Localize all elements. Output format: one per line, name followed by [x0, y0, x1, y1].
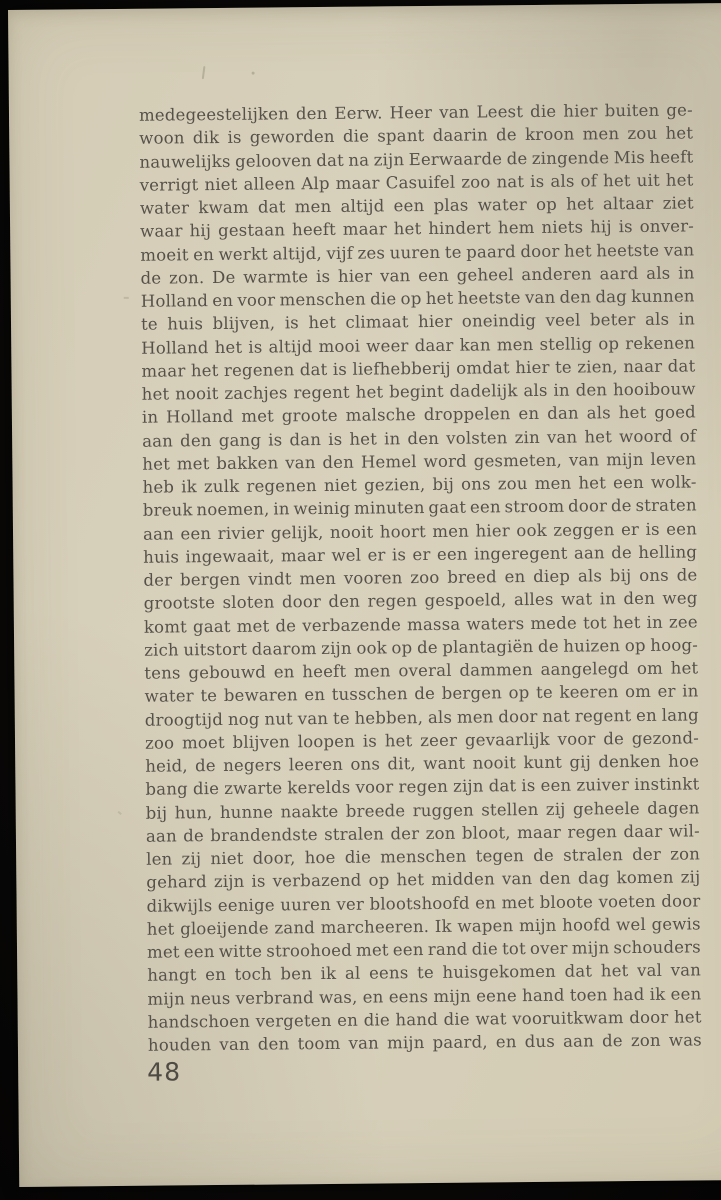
word: met [147, 940, 180, 964]
scan-background: medegeestelijkendenEerw.HeervanLeestdieh… [0, 0, 721, 1200]
word: met [501, 890, 534, 914]
book-page: medegeestelijkendenEerw.HeervanLeestdieh… [8, 3, 721, 1187]
word: komt [144, 615, 187, 639]
word: en [212, 289, 233, 312]
word: kerelds [287, 776, 350, 800]
word: zes [358, 241, 386, 265]
word: mijn [606, 448, 644, 472]
word: hoort [380, 520, 426, 544]
word: een [540, 774, 571, 798]
word: in [384, 427, 401, 450]
word: hooibouw [613, 377, 696, 401]
word: alles [514, 588, 554, 612]
word: hand [522, 983, 565, 1007]
word: er [412, 543, 430, 566]
word: stroom [504, 495, 564, 519]
word: het [666, 168, 694, 192]
word: der [632, 843, 661, 867]
word: ik [181, 475, 197, 498]
word: op [508, 681, 529, 704]
word: anderen [521, 262, 592, 286]
word: aard [599, 262, 638, 286]
word: leven [650, 447, 696, 471]
word: wat [475, 1007, 506, 1031]
word: het [308, 311, 336, 335]
word: bloote [540, 890, 594, 914]
word: is [619, 215, 633, 238]
word: en [205, 963, 226, 986]
word: en [496, 1030, 517, 1053]
word: sloten [222, 591, 274, 615]
word: rekenen [625, 331, 695, 355]
word: een [666, 517, 697, 541]
word: die [472, 937, 498, 961]
word: als [645, 308, 669, 331]
word: gloeijende [180, 916, 269, 940]
word: hij [189, 219, 211, 242]
word: stroohoed [266, 939, 352, 963]
word: den [322, 450, 354, 474]
word: tusschen [332, 682, 408, 706]
word: gestaan [218, 219, 285, 243]
word: voor [558, 727, 596, 751]
word: heeft [302, 660, 346, 684]
word: dadelijk [450, 379, 518, 403]
word: komen [617, 866, 674, 890]
word: bloot, [462, 821, 511, 845]
word: men [432, 519, 469, 543]
word: Eerw. [334, 101, 382, 125]
word: gij [569, 750, 591, 773]
scan-artifact [252, 72, 255, 75]
word: zon [670, 842, 700, 866]
word: ik [320, 962, 336, 985]
word: die [364, 1008, 390, 1032]
word: te [555, 355, 572, 378]
word: moet [182, 731, 225, 755]
word: zijn [453, 775, 484, 799]
word: bewaren [224, 684, 298, 708]
word: wat [561, 588, 592, 612]
word: en [337, 1008, 358, 1031]
word: Holland [166, 405, 234, 429]
word: is [268, 428, 282, 451]
word: gang [219, 428, 262, 452]
word: zoo [410, 566, 439, 590]
word: straten [635, 494, 696, 518]
word: men [295, 195, 332, 219]
page-text: medegeestelijkendenEerw.HeervanLeestdieh… [139, 98, 702, 1057]
word: regen [567, 820, 617, 844]
scan-artifact [124, 297, 129, 299]
word: men [535, 472, 572, 496]
word: plantagiën [442, 635, 533, 659]
word: water [478, 193, 527, 217]
word: geheele [573, 796, 640, 820]
word: zachjes [224, 381, 287, 405]
word: mooi [318, 334, 360, 358]
word: hindert [428, 217, 491, 241]
word: breed [447, 565, 497, 589]
word: is [248, 335, 262, 358]
word: mijn [519, 914, 557, 938]
word: maar [281, 544, 325, 568]
word: door [661, 889, 700, 913]
word: breede [346, 799, 406, 823]
word: marcheeren. [321, 915, 430, 939]
word: in [600, 587, 617, 610]
word: het [147, 917, 175, 941]
word: een [184, 940, 215, 964]
word: het [426, 287, 454, 311]
word: het [601, 959, 629, 983]
word: regent [575, 704, 632, 728]
word: is [227, 126, 241, 149]
word: vergeten [256, 1009, 332, 1033]
word: en [518, 402, 539, 425]
word: om [637, 657, 663, 680]
word: houden [148, 1033, 212, 1057]
word: keeren [559, 680, 618, 704]
word: de [414, 682, 435, 705]
word: dat [564, 960, 592, 984]
word: stellig [539, 332, 592, 356]
word: hun, [175, 801, 213, 825]
word: de [496, 123, 517, 146]
word: woon [139, 127, 185, 151]
word: van [298, 706, 329, 730]
word: niet [210, 847, 243, 871]
word: door [498, 704, 537, 728]
word: heeft [649, 145, 693, 169]
word: van [664, 238, 695, 262]
word: men [299, 567, 336, 591]
word: gaat [193, 614, 231, 638]
word: maar [517, 820, 561, 844]
word: spant [377, 124, 424, 148]
word: volsten [446, 426, 508, 450]
word: gewis [651, 912, 700, 936]
word: word [423, 449, 467, 473]
word: na [348, 148, 369, 171]
word: de [603, 727, 624, 750]
word: nooit [175, 382, 219, 406]
word: voor [355, 776, 393, 800]
word: weinig [293, 497, 350, 521]
word: dus [525, 1030, 555, 1054]
word: aan [563, 1029, 594, 1053]
word: eens [369, 961, 409, 985]
word: uitstort [183, 637, 247, 661]
word: er [658, 680, 676, 703]
word: ook [356, 636, 387, 660]
word: breuk [143, 499, 193, 523]
word: dit, [387, 752, 416, 776]
word: zij [181, 847, 201, 870]
word: is [285, 311, 299, 334]
word: brandendste [210, 823, 318, 847]
word: er [621, 517, 639, 540]
word: zingende [532, 146, 610, 170]
word: zwarte [224, 777, 282, 801]
word: zij [546, 797, 566, 820]
word: en [636, 703, 657, 726]
word: paard [466, 240, 516, 264]
word: als [587, 401, 611, 424]
word: der [143, 568, 172, 592]
word: het [564, 239, 592, 263]
word: als [646, 261, 670, 284]
word: omdat [456, 356, 510, 380]
word: dat [258, 195, 286, 219]
word: den [560, 285, 592, 309]
word: paard, [432, 1030, 487, 1054]
word: is [251, 870, 265, 893]
word: stralen [324, 822, 384, 846]
word: Heer [389, 101, 432, 125]
word: overal [398, 659, 451, 683]
word: van [671, 959, 702, 983]
word: bang [145, 778, 188, 802]
word: ons [639, 564, 669, 588]
word: dan [289, 428, 321, 452]
word: wolk- [651, 470, 697, 494]
word: hem [498, 216, 535, 240]
word: had [613, 982, 645, 1006]
word: het [142, 452, 170, 476]
word: groote [282, 404, 338, 428]
word: ben [280, 962, 312, 986]
word: vooren [344, 566, 403, 590]
word: wel [331, 543, 361, 567]
word: door [520, 239, 559, 263]
word: die [370, 287, 396, 311]
word: in [553, 379, 570, 402]
word: oneindig [462, 309, 536, 333]
word: ons [350, 752, 380, 776]
word: schouders [613, 935, 701, 959]
word: bakken [216, 451, 278, 475]
word: zoo [461, 170, 490, 194]
word: het [349, 427, 377, 451]
word: de [275, 614, 296, 637]
word: van [285, 451, 316, 475]
word: aan [146, 824, 177, 848]
word: dammen [459, 658, 533, 682]
word: in [682, 680, 699, 703]
word: regenen [224, 358, 295, 382]
word: zoo [145, 731, 174, 755]
word: met [241, 405, 274, 429]
word: noemen, [196, 498, 269, 522]
word: den [539, 867, 571, 891]
word: het [191, 359, 219, 383]
word: maar [141, 359, 185, 383]
word: het [394, 217, 422, 241]
word: massa [407, 612, 460, 636]
word: rand [428, 938, 468, 962]
word: buiten [605, 99, 660, 123]
word: waar [140, 220, 183, 244]
word: ingeregent [474, 541, 568, 565]
word: den [576, 378, 608, 402]
word: helling [638, 540, 697, 564]
word: eene [476, 984, 517, 1008]
word: ver [336, 892, 364, 916]
word: gevaarlijk [465, 728, 550, 752]
word: de [183, 824, 204, 847]
word: te [417, 961, 434, 984]
word: of [680, 424, 697, 447]
word: op [368, 869, 389, 892]
word: loopen [298, 729, 356, 753]
word: zeer [420, 728, 457, 752]
word: van [348, 1031, 379, 1055]
word: is [645, 517, 659, 540]
word: een [470, 496, 501, 520]
word: ik [650, 982, 666, 1005]
word: Eerwaarde [409, 147, 503, 171]
word: door, [253, 846, 296, 870]
word: niets [541, 216, 583, 240]
word: hoe [305, 846, 336, 870]
word: regent [293, 381, 350, 405]
word: hier [563, 99, 598, 123]
word: die [193, 777, 219, 801]
word: menschen [380, 845, 467, 869]
word: is [328, 427, 342, 450]
word: niet [204, 173, 237, 197]
word: er [367, 543, 385, 566]
word: regen [367, 589, 417, 613]
word: waters [466, 612, 524, 636]
word: geworden [250, 125, 335, 149]
word: de [140, 266, 161, 289]
word: altaar [603, 192, 654, 216]
word: verbazend [273, 869, 362, 893]
word: water [144, 684, 193, 708]
word: mede [530, 611, 577, 635]
word: stralen [563, 843, 623, 867]
word: gespoeld, [424, 588, 506, 612]
word: de [538, 634, 559, 657]
word: lang [662, 703, 699, 727]
word: een [437, 542, 468, 566]
word: onver- [640, 215, 695, 239]
word: ook [516, 518, 547, 542]
word: den [258, 1032, 290, 1056]
word: uuren [280, 892, 331, 916]
word: geheel [457, 263, 514, 287]
word: De [212, 266, 236, 289]
word: den [407, 426, 439, 450]
word: gelooven [235, 149, 312, 173]
word: den [623, 587, 655, 611]
word: verbazende [302, 613, 401, 637]
word: gaat [428, 496, 466, 520]
word: van [569, 448, 600, 472]
word: een [393, 194, 424, 218]
word: woord [619, 424, 673, 448]
word: heetste [596, 238, 659, 262]
word: men [457, 705, 494, 729]
word: aangelegd [540, 657, 629, 681]
word: de [507, 147, 528, 170]
word: het [671, 656, 699, 680]
word: gebouwd [188, 661, 266, 685]
word: de [195, 754, 216, 777]
word: daar [415, 333, 454, 357]
word: het [584, 425, 612, 449]
word: heb [142, 475, 174, 499]
word: leeren [289, 753, 344, 777]
word: dat [300, 358, 328, 382]
word: tens [144, 661, 181, 685]
word: zijn [374, 148, 405, 172]
word: zij [681, 866, 701, 889]
word: hij [590, 215, 612, 238]
word: is [530, 170, 544, 193]
word: liefhebberij [352, 357, 451, 381]
word: den [180, 429, 212, 453]
word: droppelen [424, 402, 511, 426]
word: het [356, 380, 384, 404]
word: men [582, 122, 619, 146]
word: naar [623, 354, 662, 378]
word: Hemel [361, 450, 417, 474]
scan-artifact [118, 811, 122, 815]
word: veel [545, 309, 580, 333]
word: instinkt [634, 773, 699, 797]
word: zou [498, 472, 528, 496]
word: maar [336, 171, 380, 195]
word: te [333, 706, 350, 729]
word: was [669, 1028, 702, 1052]
word: hoofd [562, 913, 610, 937]
word: de [677, 563, 698, 586]
word: zou [627, 122, 657, 146]
word: malsche [346, 403, 416, 427]
word: op [625, 634, 646, 657]
word: huis [167, 312, 203, 336]
word: den [328, 590, 360, 614]
word: stellen [481, 797, 538, 821]
word: eenige [218, 893, 275, 917]
word: ziet [663, 191, 694, 215]
word: nooit [330, 520, 374, 544]
word: bij [146, 801, 168, 824]
word: bergen [180, 568, 241, 592]
word: wel [616, 913, 646, 937]
word: wapen [457, 914, 513, 938]
word: bergen [442, 682, 503, 706]
word: een [613, 471, 644, 495]
word: toom [297, 1032, 340, 1056]
word: een [393, 938, 424, 962]
word: zuiver [576, 773, 629, 797]
word: is [392, 543, 406, 566]
word: met [356, 938, 389, 962]
word: heeft [292, 218, 336, 242]
word: als [578, 564, 602, 587]
word: blijven, [212, 312, 275, 336]
word: witte [219, 940, 263, 964]
word: de [611, 494, 632, 517]
word: eens [389, 985, 429, 1009]
word: huis [143, 545, 179, 569]
word: dik [193, 126, 220, 150]
word: door [282, 590, 321, 614]
